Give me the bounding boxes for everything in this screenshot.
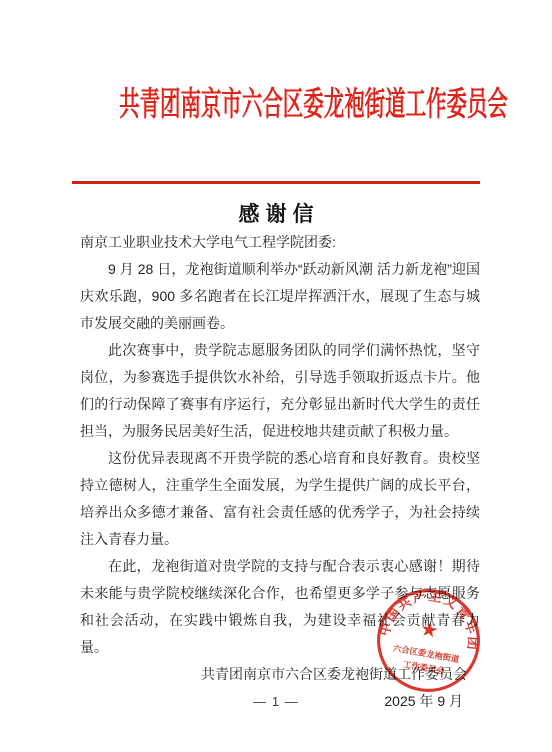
letter-body: 南京工业职业技术大学电气工程学院团委: 9 月 28 日，龙袍街道顺利举办“跃动…	[80, 229, 480, 715]
signature-org-name: 共青团南京市六合区委龙袍街道工作委员会	[80, 661, 480, 688]
letter-title: 感谢信	[0, 198, 552, 228]
paragraph-2: 此次赛事中，贵学院志愿服务团队的同学们满怀热忱，坚守岗位，为参赛选手提供饮水补给…	[80, 337, 480, 445]
salutation: 南京工业职业技术大学电气工程学院团委:	[80, 229, 480, 256]
letterhead: 共青团南京市六合区委龙袍街道工作委员会	[0, 86, 552, 124]
page-number: — 1 —	[0, 694, 552, 709]
paragraph-3: 这份优异表现离不开贵学院的悉心培育和良好教育。贵校坚持立德树人，注重学生全面发展…	[80, 445, 480, 553]
paragraph-4: 在此，龙袍街道对贵学院的支持与配合表示衷心感谢！期待未来能与贵学院校继续深化合作…	[80, 553, 480, 661]
letter-page: 共青团南京市六合区委龙袍街道工作委员会 感谢信 南京工业职业技术大学电气工程学院…	[0, 0, 552, 752]
letterhead-org-name: 共青团南京市六合区委龙袍街道工作委员会	[119, 86, 508, 124]
paragraph-1: 9 月 28 日，龙袍街道顺利举办“跃动新风潮 活力新龙袍”迎国庆欢乐跑，900…	[80, 256, 480, 337]
letterhead-divider	[72, 181, 480, 184]
